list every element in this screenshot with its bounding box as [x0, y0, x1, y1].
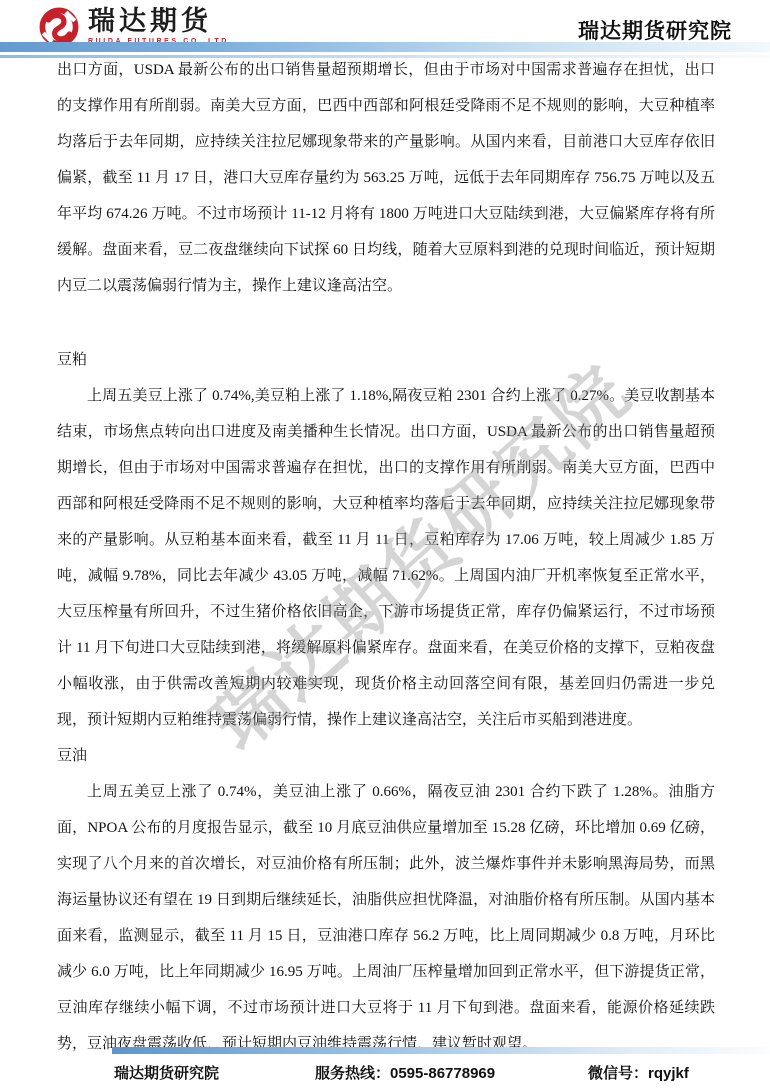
- section-paragraph-doupo: 上周五美豆上涨了 0.74%,美豆粕上涨了 1.18%,隔夜豆粕 2301 合约…: [57, 378, 715, 738]
- page-footer: 瑞达期货研究院 服务热线：0595-86778969 微信号：rqyjkf: [0, 1060, 770, 1084]
- section-heading-douyou: 豆油: [57, 738, 715, 774]
- page-header: 瑞达期货 RUIDA FUTURES CO.,LTD. 瑞达期货研究院: [0, 0, 770, 42]
- footer-org: 瑞达期货研究院: [114, 1062, 219, 1083]
- page-title: 瑞达期货研究院: [578, 15, 732, 45]
- report-body: 出口方面，USDA 最新公布的出口销售量超预期增长，但由于市场对中国需求普遍存在…: [57, 52, 715, 1062]
- section-paragraph-douyou: 上周五美豆上涨了 0.74%，美豆油上涨了 0.66%，隔夜豆油 2301 合约…: [57, 774, 715, 1062]
- footer-wechat: 微信号：rqyjkf: [588, 1062, 689, 1083]
- report-page: 瑞达期货 RUIDA FUTURES CO.,LTD. 瑞达期货研究院 出口方面…: [0, 0, 770, 1090]
- brand-name-cn: 瑞达期货: [88, 6, 233, 36]
- header-divider-band: [0, 42, 770, 52]
- footer-hotline: 服务热线：0595-86778969: [315, 1062, 495, 1083]
- section-heading-doupo: 豆粕: [57, 342, 715, 378]
- logo-text: 瑞达期货 RUIDA FUTURES CO.,LTD.: [88, 6, 233, 45]
- intro-paragraph: 出口方面，USDA 最新公布的出口销售量超预期增长，但由于市场对中国需求普遍存在…: [57, 52, 715, 304]
- footer-divider: [112, 1047, 770, 1054]
